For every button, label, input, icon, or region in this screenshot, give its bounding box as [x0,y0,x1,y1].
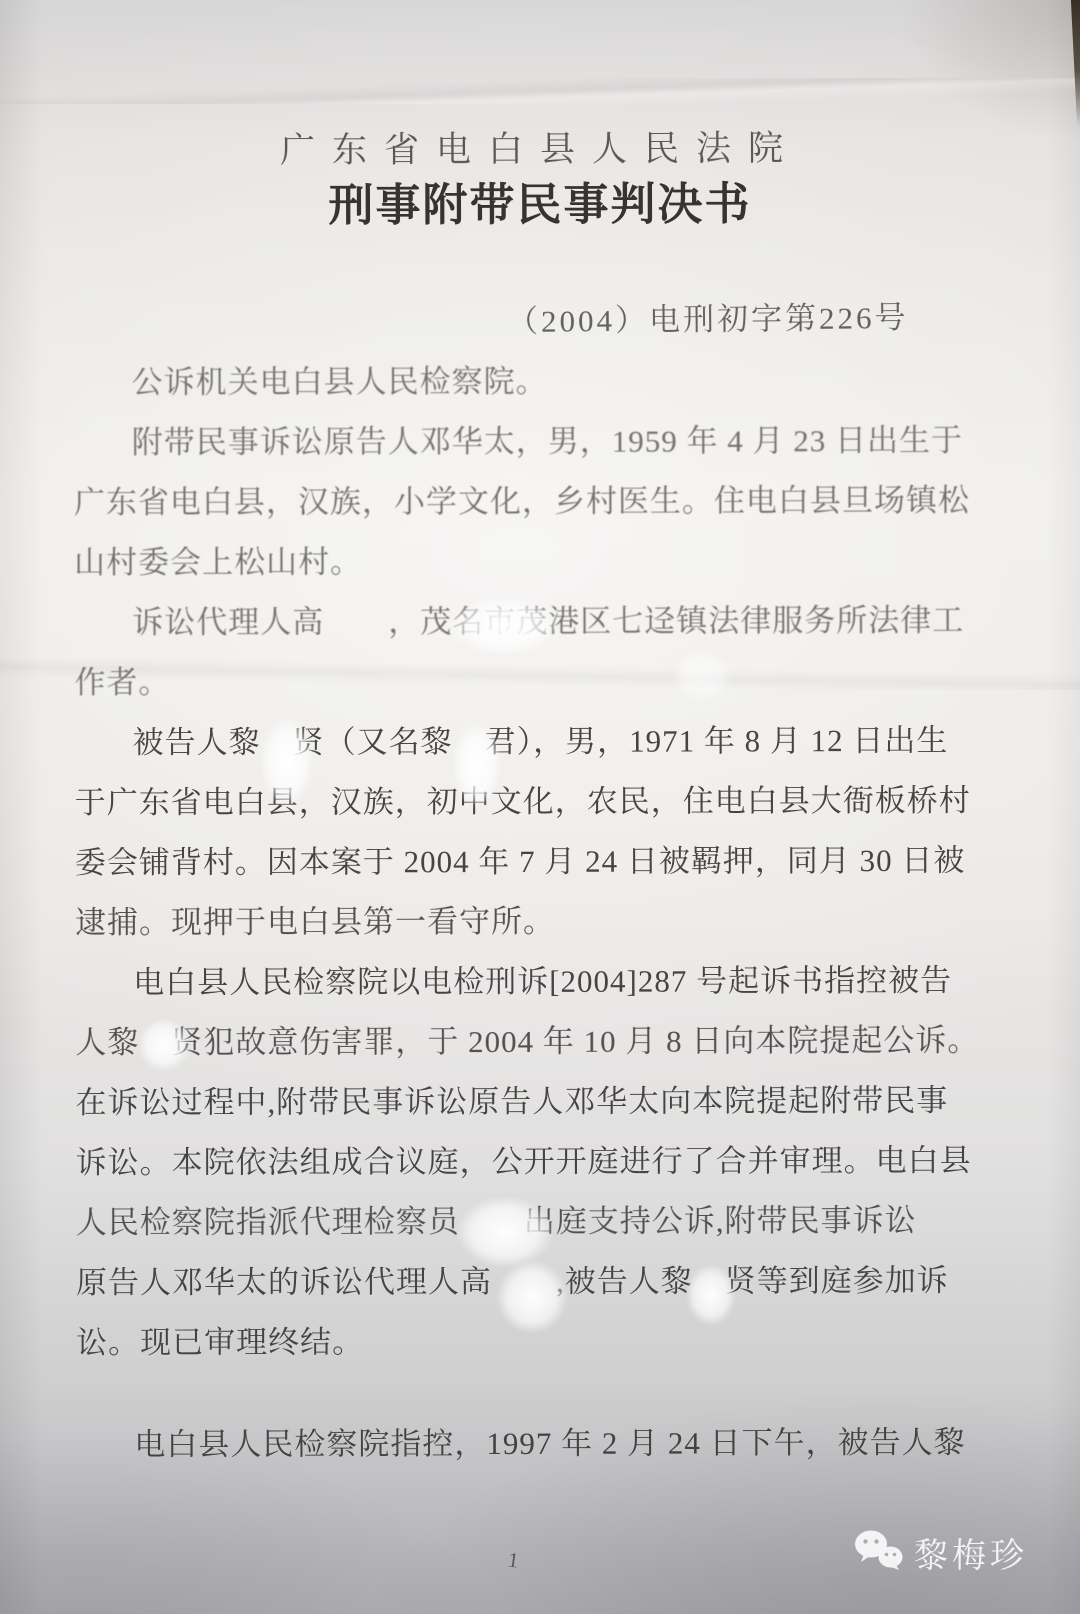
body-line: 电白县人民检察院指控，1997 年 2 月 24 日下午，被告人黎 [76,1413,944,1475]
body-line: 诉讼。本院依法组成合议庭，公开开庭进行了合并审理。电白县 [76,1131,944,1193]
body-line: 广东省电白县，汉族，小学文化，乡村医生。住电白县旦场镇松 [74,471,942,533]
body-line: 讼。现已审理终结。 [76,1311,944,1373]
body-line: 被告人黎 贤（又名黎 君），男，1971 年 8 月 12 日出生 [74,711,942,773]
body-line: 于广东省电白县，汉族，初中文化，农民，住电白县大衙板桥村 [75,771,943,833]
page-number: 1 [506,1547,520,1573]
wechat-watermark: 黎梅珍 [854,1528,1028,1577]
case-number: （2004）电刑初字第226号 [506,292,908,341]
body-line: 电白县人民检察院以电检刑诉[2004]287 号起诉书指控被告 [75,951,943,1013]
watermark-name: 黎梅珍 [914,1528,1028,1577]
wechat-icon [854,1529,904,1576]
body-line: 山村委会上松山村。 [74,531,942,593]
body-line: 原告人邓华太的诉讼代理人高 ,被告人黎 贤等到庭参加诉 [76,1251,944,1313]
body-line: 在诉讼过程中,附带民事诉讼原告人邓华太向本院提起附带民事 [75,1071,943,1133]
body-line: 逮捕。现押于电白县第一看守所。 [75,891,943,953]
body-line: 人民检察院指派代理检察员 出庭支持公诉,附带民事诉讼 [76,1191,944,1253]
document-title: 刑事附带民事判决书 [0,166,1080,235]
body-line: 诉讼代理人高 ，茂名市茂港区七迳镇法律服务所法律工 [74,591,942,653]
judgment-body: 公诉机关电白县人民检察院。 附带民事诉讼原告人邓华太，男，1959 年 4 月 … [74,351,945,1475]
body-line: 作者。 [74,651,942,713]
photo-corner-edge [1066,0,1080,128]
body-line: 委会铺背村。因本案于 2004 年 7 月 24 日被羁押，同月 30 日被 [75,831,943,893]
document-photo: 广东省电白县人民法院 刑事附带民事判决书 （2004）电刑初字第226号 公诉机… [0,0,1080,1614]
body-line: 人黎 贤犯故意伤害罪，于 2004 年 10 月 8 日向本院提起公诉。 [75,1011,943,1073]
paper-crease [0,78,1080,104]
body-line: 公诉机关电白县人民检察院。 [74,351,942,413]
body-line: 附带民事诉讼原告人邓华太，男，1959 年 4 月 23 日出生于 [74,411,942,473]
